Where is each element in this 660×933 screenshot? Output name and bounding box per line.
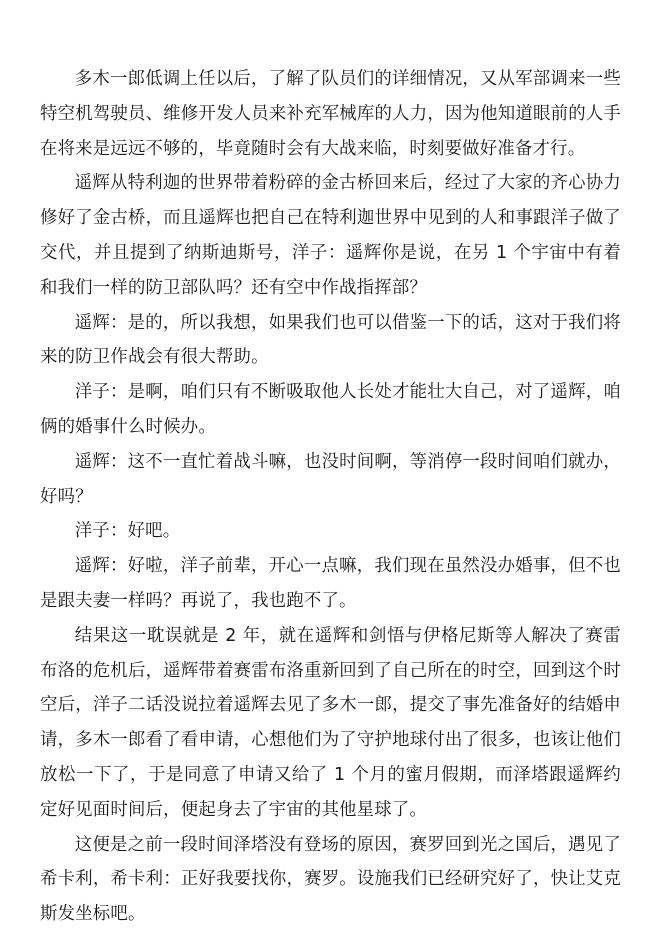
paragraph-4: 洋子：是啊，咱们只有不断吸取他人长处才能壮大自己，对了遥辉，咱俩的婚事什么时候办…	[40, 375, 621, 445]
paragraph-6: 洋子：好吧。	[40, 514, 621, 549]
paragraph-8: 结果这一耽误就是 2 年，就在遥辉和剑悟与伊格尼斯等人解决了赛雷布洛的危机后，遥…	[40, 619, 621, 828]
paragraph-1: 多木一郎低调上任以后，了解了队员们的详细情况，又从军部调来一些特空机驾驶员、维修…	[40, 62, 621, 166]
paragraph-7: 遥辉：好啦，洋子前辈，开心一点嘛，我们现在虽然没办婚事，但不也是跟夫妻一样吗？再…	[40, 549, 621, 619]
paragraph-9: 这便是之前一段时间泽塔没有登场的原因，赛罗回到光之国后，遇见了希卡利，希卡利：正…	[40, 828, 621, 932]
paragraph-2: 遥辉从特利迦的世界带着粉碎的金古桥回来后，经过了大家的齐心协力修好了金古桥，而且…	[40, 166, 621, 305]
paragraph-3: 遥辉：是的，所以我想，如果我们也可以借鉴一下的话，这对于我们将来的防卫作战会有很…	[40, 306, 621, 376]
document-body: 多木一郎低调上任以后，了解了队员们的详细情况，又从军部调来一些特空机驾驶员、维修…	[40, 62, 621, 932]
paragraph-5: 遥辉：这不一直忙着战斗嘛，也没时间啊，等消停一段时间咱们就办，好吗？	[40, 445, 621, 515]
